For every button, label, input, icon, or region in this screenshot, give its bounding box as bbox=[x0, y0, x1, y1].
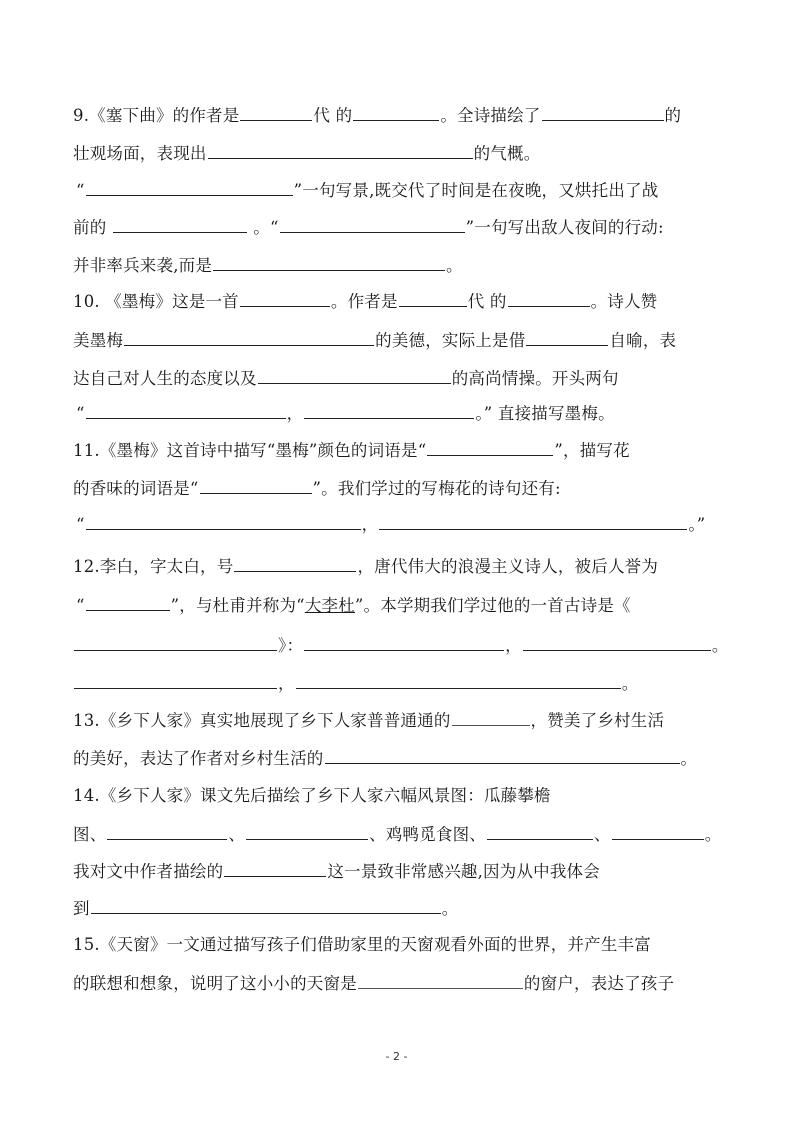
q12-text: ， bbox=[505, 636, 522, 655]
q14-text: 。 bbox=[705, 825, 722, 844]
q15-text: 的联想和想象，说明了这小小的天窗是 bbox=[73, 974, 357, 993]
q13-text: ，赞美了乡村生活 bbox=[531, 711, 665, 730]
q11-blank-plum-verse-2[interactable] bbox=[379, 511, 687, 530]
q10-line-1: 10. 《墨梅》这是一首。作者是代 的。诗人赞 bbox=[73, 288, 657, 314]
q9-blank-purpose[interactable] bbox=[213, 252, 445, 271]
q9-text: 代 的 bbox=[313, 106, 352, 125]
q10-text: ， bbox=[287, 404, 304, 423]
q10-text: 自喻，表 bbox=[609, 331, 676, 350]
q12-text: 。 bbox=[622, 674, 639, 693]
q9-text: 。全诗描绘了 bbox=[440, 106, 540, 125]
q12-line-1: 12.李白，字太白，号，唐代伟大的浪漫主义诗人，被后人誉为 bbox=[73, 553, 658, 579]
q15-text: 15.《天窗》一文通过描写孩子们借助家里的天窗观看外面的世界，并产生丰富 bbox=[73, 935, 651, 954]
q11-text: ， bbox=[362, 515, 379, 534]
q10-blank-virtue[interactable] bbox=[124, 327, 374, 346]
q14-blank-scene-5[interactable] bbox=[487, 821, 593, 840]
q9-blank-spirit[interactable] bbox=[208, 140, 473, 159]
q9-line-4: 前的 。“”一句写出敌人夜间的行动: bbox=[73, 214, 664, 240]
q10-line-2: 美墨梅的美德，实际上是借自喻，表 bbox=[73, 327, 676, 353]
q14-blank-scene-2[interactable] bbox=[107, 821, 227, 840]
q11-line-3: “，。” bbox=[76, 511, 705, 537]
q12-blank-poem-title[interactable] bbox=[74, 632, 277, 651]
q11-text: “ bbox=[76, 515, 85, 534]
q13-text: 。 bbox=[681, 749, 698, 768]
q9-blank-scene[interactable] bbox=[542, 102, 664, 121]
q14-text: 这一景致非常感兴趣,因为从中我体会 bbox=[327, 862, 600, 881]
q9-text: 前的 bbox=[73, 218, 112, 237]
q14-blank-scene-6[interactable] bbox=[612, 821, 704, 840]
q9-blank-scene-line[interactable] bbox=[86, 177, 293, 196]
q11-text: 。” bbox=[688, 515, 705, 534]
q9-line-3: “”一句写景,既交代了时间是在夜晚，又烘托出了战 bbox=[76, 177, 658, 203]
q13-line-2: 的美好，表达了作者对乡村生活的。 bbox=[73, 745, 697, 771]
q9-text: 的气概。 bbox=[474, 144, 541, 163]
q10-text: 代 的 bbox=[468, 292, 507, 311]
q9-text: 。 bbox=[446, 256, 463, 275]
q10-text: “ bbox=[76, 404, 85, 423]
q10-text: 。作者是 bbox=[331, 292, 398, 311]
q14-line-3: 我对文中作者描绘的这一景致非常感兴趣,因为从中我体会 bbox=[73, 858, 600, 884]
q12-text: “ bbox=[76, 596, 85, 615]
q14-text: 我对文中作者描绘的 bbox=[73, 862, 223, 881]
q9-blank-atmosphere[interactable] bbox=[113, 214, 247, 233]
q9-blank-dynasty[interactable] bbox=[240, 102, 312, 121]
q14-text: 图、 bbox=[73, 825, 106, 844]
q14-line-1: 14.《乡下人家》课文先后描绘了乡下人家六幅风景图：瓜藤攀檐 bbox=[73, 783, 551, 809]
q15-line-1: 15.《天窗》一文通过描写孩子们借助家里的天窗观看外面的世界，并产生丰富 bbox=[73, 932, 651, 958]
q9-text: 壮观场面，表现出 bbox=[73, 144, 207, 163]
q14-line-2: 图、、、鸡鸭觅食图、、。 bbox=[73, 821, 721, 847]
q11-text: ”，描写花 bbox=[554, 441, 629, 460]
q14-text: 、 bbox=[228, 825, 245, 844]
q12-blank-pen-name[interactable] bbox=[234, 553, 356, 572]
q12-blank-poem-line-2[interactable] bbox=[523, 632, 711, 651]
q9-text: “ bbox=[76, 181, 85, 200]
q13-text: 13.《乡下人家》真实地展现了乡下人家普普通通的 bbox=[73, 711, 451, 730]
q11-text: 11.《墨梅》这首诗中描写“墨梅”颜色的词语是“ bbox=[73, 441, 426, 460]
q11-blank-fragrance-word[interactable] bbox=[200, 475, 312, 494]
q9-text: ”一句写景,既交代了时间是在夜晚，又烘托出了战 bbox=[294, 181, 659, 200]
q14-line-4: 到。 bbox=[73, 895, 458, 921]
q10-text: 。诗人赞 bbox=[591, 292, 658, 311]
q12-blank-poem-line-1[interactable] bbox=[304, 632, 504, 651]
q11-blank-color-word[interactable] bbox=[427, 437, 553, 456]
q12-text: ， bbox=[278, 674, 295, 693]
q12-blank-poem-line-3[interactable] bbox=[74, 670, 277, 689]
q12-text: 。 bbox=[712, 636, 729, 655]
q10-text: 的高尚情操。开头两句 bbox=[452, 369, 619, 388]
q10-blank-metaphor[interactable] bbox=[526, 327, 608, 346]
q12-line-4: ，。 bbox=[73, 670, 638, 696]
q11-line-2: 的香味的词语是“”。我们学过的写梅花的诗句还有: bbox=[73, 475, 561, 501]
q13-line-1: 13.《乡下人家》真实地展现了乡下人家普普通通的，赞美了乡村生活 bbox=[73, 707, 664, 733]
q9-blank-author[interactable] bbox=[353, 102, 439, 121]
q12-text: 12.李白，字太白，号 bbox=[73, 557, 233, 576]
q10-text: 的美德，实际上是借 bbox=[375, 331, 525, 350]
q9-blank-action-line[interactable] bbox=[280, 214, 465, 233]
q10-blank-author[interactable] bbox=[508, 288, 590, 307]
q15-blank-window[interactable] bbox=[358, 970, 523, 989]
worksheet-page: 9.《塞下曲》的作者是代 的。全诗描绘了的 壮观场面，表现出的气概。 “”一句写… bbox=[0, 0, 793, 1122]
q9-text: 。“ bbox=[248, 218, 279, 237]
q14-text: 、 bbox=[594, 825, 611, 844]
q9-text: 并非率兵来袭,而是 bbox=[73, 256, 212, 275]
q12-line-3: 》：，。 bbox=[73, 632, 729, 658]
q12-text: 》： bbox=[278, 636, 303, 655]
q9-text: 9.《塞下曲》的作者是 bbox=[73, 106, 239, 125]
q14-text: 。 bbox=[442, 899, 459, 918]
q13-text: 的美好，表达了作者对乡村生活的 bbox=[73, 749, 324, 768]
q10-blank-type[interactable] bbox=[240, 288, 330, 307]
q9-line-5: 并非率兵来袭,而是。 bbox=[73, 252, 463, 278]
q10-text: 10. 《墨梅》这是一首 bbox=[73, 292, 239, 311]
q12-underlined-term: 大李杜 bbox=[305, 596, 355, 615]
q14-text: 14.《乡下人家》课文先后描绘了乡下人家六幅风景图：瓜藤攀檐 bbox=[73, 786, 551, 805]
q9-line-1: 9.《塞下曲》的作者是代 的。全诗描绘了的 bbox=[73, 102, 681, 128]
q12-text: ，唐代伟大的浪漫主义诗人，被后人誉为 bbox=[357, 557, 658, 576]
q14-blank-favorite-scene[interactable] bbox=[224, 858, 326, 877]
q9-text: 的 bbox=[665, 106, 682, 125]
q11-line-1: 11.《墨梅》这首诗中描写“墨梅”颜色的词语是“”，描写花 bbox=[73, 437, 630, 463]
q13-blank-feeling[interactable] bbox=[325, 745, 680, 764]
q13-blank-life[interactable] bbox=[452, 707, 530, 726]
q14-blank-scene-3[interactable] bbox=[246, 821, 368, 840]
q10-blank-sentiment[interactable] bbox=[258, 365, 451, 384]
q14-text: 、鸡鸭觅食图、 bbox=[369, 825, 486, 844]
page-number: - 2 - bbox=[0, 1050, 793, 1063]
q9-line-2: 壮观场面，表现出的气概。 bbox=[73, 140, 540, 166]
q11-text: 的香味的词语是“ bbox=[73, 479, 199, 498]
q12-blank-title[interactable] bbox=[86, 592, 170, 611]
q15-text: 的窗户，表达了孩子 bbox=[524, 974, 674, 993]
q11-text: ”。我们学过的写梅花的诗句还有: bbox=[313, 479, 561, 498]
q11-blank-plum-verse-1[interactable] bbox=[86, 511, 361, 530]
q12-text: ”，与杜甫并称为“ bbox=[171, 596, 305, 615]
q10-blank-verse-1[interactable] bbox=[86, 400, 286, 419]
q10-line-3: 达自己对人生的态度以及的高尚情操。开头两句 bbox=[73, 365, 619, 391]
q14-text: 到 bbox=[73, 899, 90, 918]
q12-text: ”。本学期我们学过他的一首古诗是《 bbox=[355, 596, 631, 615]
q10-text: 。” 直接描写墨梅。 bbox=[475, 404, 614, 423]
q14-blank-insight[interactable] bbox=[91, 895, 441, 914]
q10-text: 达自己对人生的态度以及 bbox=[73, 369, 257, 388]
q10-blank-dynasty[interactable] bbox=[399, 288, 467, 307]
q9-text: ”一句写出敌人夜间的行动: bbox=[466, 218, 664, 237]
q12-blank-poem-line-4[interactable] bbox=[296, 670, 621, 689]
q10-text: 美墨梅 bbox=[73, 331, 123, 350]
q10-line-4: “，。” 直接描写墨梅。 bbox=[76, 400, 615, 426]
q15-line-2: 的联想和想象，说明了这小小的天窗是的窗户，表达了孩子 bbox=[73, 970, 674, 996]
q10-blank-verse-2[interactable] bbox=[304, 400, 474, 419]
q12-line-2: “”，与杜甫并称为“大李杜”。本学期我们学过他的一首古诗是《 bbox=[76, 592, 631, 618]
